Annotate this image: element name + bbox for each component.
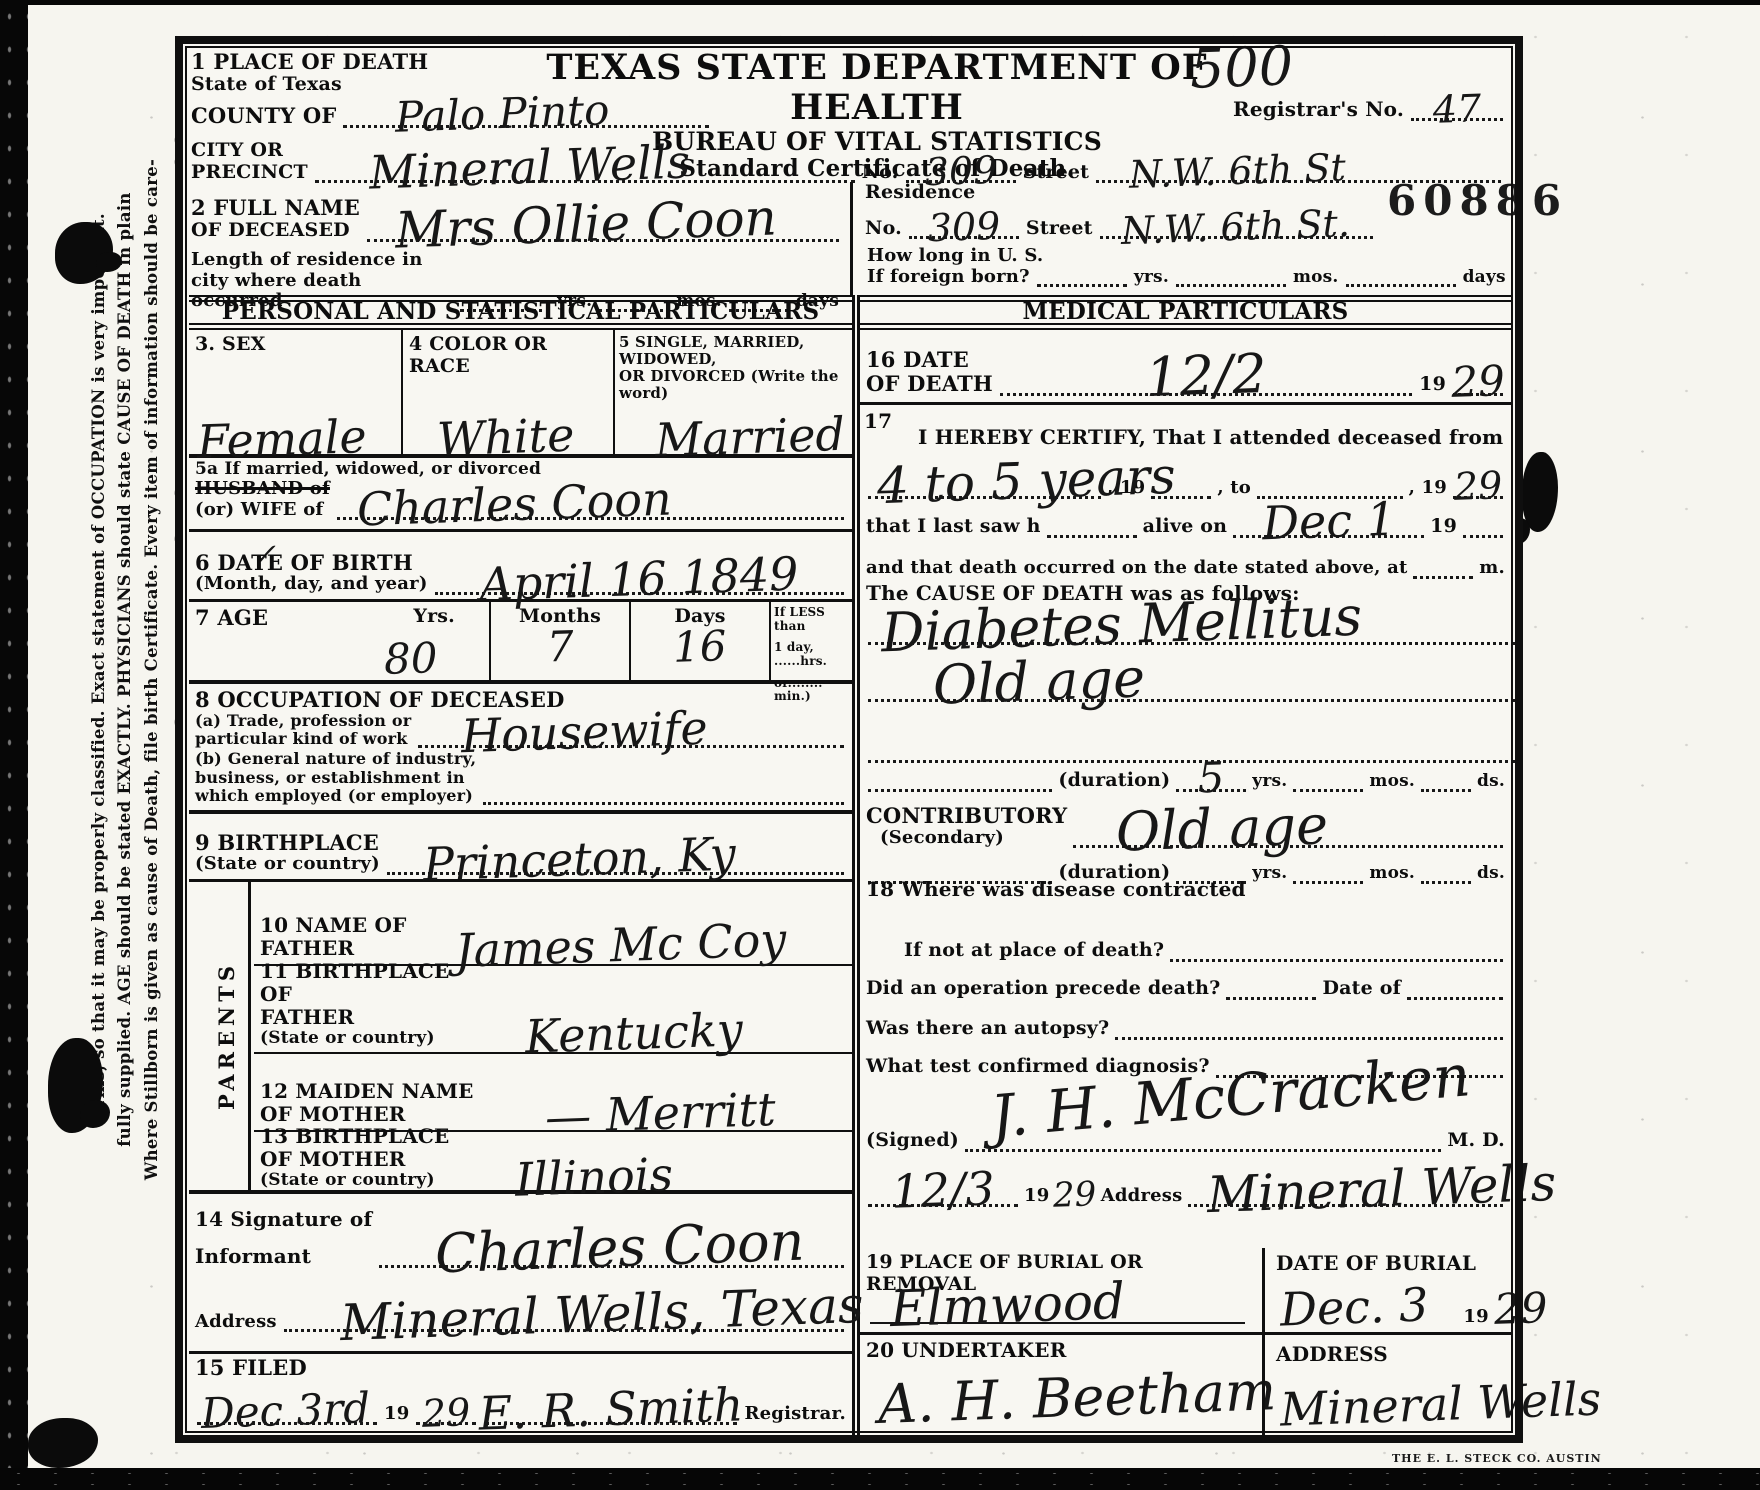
parents-rows: 10 NAME OF FATHER James Mc Coy 11 BIRTHP… (254, 882, 852, 1190)
date-of-death-row: 16 DATE OF DEATH 12/2 19 29 (860, 330, 1511, 405)
city-precinct-row: CITY OR PRECINCT Mineral Wells No. 309 S… (191, 140, 1503, 183)
operation-date-of-label: Date of (1322, 978, 1401, 1000)
mother-bp-label-1: 13 BIRTHPLACE (260, 1125, 480, 1148)
occupation-b-label-3: which employed (or employer) (195, 787, 476, 805)
header-column-divider (850, 182, 853, 295)
attended-from-row: 4 to 5 years , 19 , to , 19 29 (866, 478, 1505, 499)
contributory-label-2: (Secondary) (880, 828, 1067, 849)
contributory-label-1: CONTRIBUTORY (866, 804, 1067, 828)
dob-label-2: (Month, day, and year) (195, 574, 428, 595)
husband-of-label: HUSBAND of (195, 479, 330, 500)
age-label: 7 AGE (195, 606, 268, 630)
place-of-burial-value: Elmwood (889, 1279, 1125, 1332)
length-residence-label-1: Length of residence in (191, 250, 839, 271)
signed-year-value: 29 (1053, 1179, 1097, 1211)
undertaker-label: 20 UNDERTAKER (866, 1339, 1067, 1362)
undertaker-value: A. H. Beetham (877, 1367, 1277, 1429)
cause-line-2: Old age (868, 699, 1515, 702)
mother-maiden-value: — Merritt (544, 1089, 776, 1138)
medical-band-title: MEDICAL PARTICULARS (1023, 299, 1349, 325)
marital-label-1: 5 SINGLE, MARRIED, WIDOWED, (615, 330, 852, 368)
personal-band: PERSONAL AND STATISTICAL PARTICULARS (189, 295, 852, 330)
scan-edge-bottom (0, 1468, 1760, 1490)
parents-block: PARENTS 10 NAME OF FATHER James Mc Coy 1… (189, 882, 852, 1194)
father-bp-value: Kentucky (524, 1009, 743, 1058)
if-foreign-born-label: If foreign born? (867, 267, 1030, 288)
margin-line-fully: fully supplied. AGE should be stated EXA… (112, 67, 138, 1272)
item-17-number: 17 (864, 410, 892, 433)
signed-19-label: 19 (1024, 1186, 1049, 1207)
marital-label-2: OR DIVORCED (Write the word) (615, 368, 852, 402)
dod-year-value: 29 (1451, 362, 1506, 402)
printer-imprint: THE E. L. STECK CO. AUSTIN (1392, 1452, 1602, 1465)
last-saw-label-2: alive on (1143, 516, 1228, 538)
certify-statement: I HEREBY CERTIFY, That I attended deceas… (918, 426, 1503, 449)
certificate-form: 1 PLACE OF DEATH State of Texas COUNTY O… (175, 36, 1523, 1443)
mother-bp-label-3: (State or country) (260, 1171, 480, 1190)
spouse-value: Charles Coon (357, 479, 673, 531)
father-name-label-1: 10 NAME OF (260, 914, 450, 937)
residence-street-value: N.W. 6th St. (1121, 206, 1351, 248)
mother-maiden-row: 12 MAIDEN NAME OF MOTHER — Merritt (254, 1054, 852, 1132)
full-name-label-1: 2 FULL NAME (191, 196, 360, 220)
deceased-name-value: Mrs Ollie Coon (395, 195, 778, 253)
date-of-death-value: 12/2 (1145, 350, 1268, 403)
city-value: Mineral Wells (368, 141, 690, 194)
father-birthplace-row: 11 BIRTHPLACE OF FATHER (State or countr… (254, 966, 852, 1054)
age-months-value: 7 (546, 627, 574, 666)
if-less-label-1: If LESS than (774, 606, 849, 633)
registrar-no-value: 47 (1432, 91, 1482, 127)
occupation-a-label-2: particular kind of work (195, 730, 411, 748)
operation-row: Did an operation precede death? Date of (866, 978, 1505, 1000)
occupation-row: 8 OCCUPATION OF DECEASED (a) Trade, prof… (189, 684, 852, 814)
burial-row: 19 PLACE OF BURIAL OR REMOVAL Elmwood DA… (860, 1248, 1511, 1335)
residence-block: Residence No. 309 Street N.W. 6th St. (865, 182, 1375, 239)
duration-yrs-label: yrs. (1252, 772, 1287, 791)
dob-value: April 16 1849 (479, 553, 799, 605)
date-of-birth-row: 6 DATE OF BIRTH (Month, day, and year) A… (189, 532, 852, 602)
informant-address-value: Mineral Wells, Texas (339, 1283, 864, 1346)
undertaker-address-value: Mineral Wells (1279, 1378, 1601, 1431)
full-name-row: 2 FULL NAME OF DECEASED Mrs Ollie Coon (191, 196, 841, 242)
medical-band: MEDICAL PARTICULARS (860, 295, 1511, 330)
cause-of-death-value-2: Old age (932, 655, 1146, 711)
scanned-death-certificate: { "common": { "y19": "19" }, "margin": {… (0, 0, 1760, 1490)
duration-ds-label: ds. (1477, 772, 1505, 791)
registrar-word-label: Registrar. (744, 1404, 846, 1425)
father-name-label-2: FATHER (260, 937, 450, 960)
father-bp-label-2: FATHER (260, 1006, 480, 1029)
street-label: Street (1023, 162, 1090, 184)
mother-bp-label-2: OF MOTHER (260, 1148, 480, 1171)
occupation-value: Housewife (460, 708, 708, 758)
county-label: COUNTY OF (191, 104, 336, 128)
dod-label-1: 16 DATE (866, 348, 993, 372)
birthplace-label-2: (State or country) (195, 854, 380, 875)
signed-date-address-row: 12/3 19 29 Address Mineral Wells (866, 1180, 1505, 1207)
full-name-label-2: OF DECEASED (191, 220, 360, 242)
residence-no-label: No. (865, 218, 902, 240)
duration-label: (duration) (1058, 770, 1170, 792)
father-bp-label-3: (State or country) (260, 1029, 480, 1048)
date-of-burial-label: DATE OF BURIAL (1276, 1251, 1476, 1275)
medical-particulars-column: 16 DATE OF DEATH 12/2 19 29 17 I HEREBY … (860, 330, 1511, 1435)
filed-date-value: Dec 3rd (200, 1389, 370, 1433)
filed-year-prefix: 19 (384, 1404, 409, 1425)
attended-to-label: , to (1217, 478, 1251, 499)
informant-value: Charles Coon (434, 1218, 805, 1279)
last-saw-label-1: that I last saw h (866, 516, 1041, 538)
dod-year-prefix: 19 (1419, 374, 1446, 396)
last-saw-alive-row: that I last saw h alive on Dec 1 19 (866, 516, 1505, 538)
duration-years-value: 5 (1197, 758, 1225, 797)
occupation-b-label-2: business, or establishment in (195, 769, 476, 787)
parents-label: PARENTS (215, 961, 239, 1110)
scan-edge-left (0, 0, 28, 1490)
signed-label: (Signed) (866, 1130, 959, 1152)
not-at-place-row: If not at place of death? (904, 940, 1505, 962)
attended-value: 4 to 5 years (877, 453, 1177, 508)
informant-address-label: Address (195, 1312, 277, 1333)
informant-label-2: Informant (195, 1245, 372, 1268)
father-name-row: 10 NAME OF FATHER James Mc Coy (254, 882, 852, 966)
undertaker-address-label: ADDRESS (1276, 1343, 1388, 1366)
signed-date-value: 12/3 (891, 1168, 996, 1213)
margin-line-stillborn: Where Stillborn is given as cause of Dea… (139, 67, 165, 1272)
birthplace-value: Princeton, Ky (423, 833, 737, 885)
duration-ds-label: ds. (1477, 864, 1505, 883)
duration-mos-label: mos. (1369, 864, 1415, 883)
certificate-stamp-number: 60886 (1387, 176, 1568, 225)
residence-street-label: Street (1026, 218, 1093, 240)
personal-band-title: PERSONAL AND STATISTICAL PARTICULARS (222, 299, 820, 325)
how-long-in-us-block: How long in U. S. If foreign born? yrs. … (867, 246, 1507, 287)
operation-label: Did an operation precede death? (866, 978, 1220, 1000)
mother-maiden-label-2: OF MOTHER (260, 1103, 480, 1126)
personal-particulars-column: 3. SEX Female 4 COLOR OR RACE White 5 SI… (189, 330, 852, 1435)
father-bp-label-1: 11 BIRTHPLACE OF (260, 960, 480, 1006)
mos-label: mos. (1293, 268, 1339, 287)
death-occurred-row: and that death occurred on the date stat… (866, 558, 1505, 579)
dob-label-1: 6 DATE OF BIRTH (195, 551, 428, 575)
mother-maiden-label-1: 12 MAIDEN NAME (260, 1080, 480, 1103)
burial-year-value: 29 (1493, 1289, 1548, 1329)
father-name-value: James Mc Coy (454, 919, 787, 972)
m-abbreviation-label: m. (1479, 558, 1505, 579)
residence-no-value: 309 (927, 209, 1001, 246)
contributory-row: CONTRIBUTORY (Secondary) Old age (866, 804, 1505, 848)
death-occurred-label: and that death occurred on the date stat… (866, 558, 1407, 579)
burial-year-prefix: 19 (1463, 1307, 1488, 1328)
burial-date-value: Dec. 3 (1279, 1284, 1429, 1331)
city-label-1: CITY OR (191, 140, 308, 162)
color-race-value: White (436, 414, 575, 460)
yrs-label: yrs. (1134, 268, 1169, 287)
filed-year-value: 29 (422, 1395, 472, 1431)
last-saw-year-prefix: 19 (1430, 516, 1457, 538)
burial-cell-divider (1262, 1248, 1265, 1435)
how-long-us-label: How long in U. S. (867, 246, 1507, 267)
filed-label: 15 FILED (195, 1356, 307, 1380)
parents-strip: PARENTS (205, 882, 251, 1190)
residence-label: Residence (865, 182, 1375, 204)
spouse-row: 5a If married, widowed, or divorced HUSB… (189, 458, 852, 532)
filed-row: 15 FILED Dec 3rd 19 29 E. R. Smith Regis… (189, 1354, 852, 1435)
registrar-no-label: Registrar's No. (1233, 98, 1404, 121)
cause-line-1: Diabetes Mellitus (868, 642, 1515, 645)
wife-of-label: (or) WIFE of (195, 500, 330, 521)
md-label: M. D. (1447, 1130, 1505, 1152)
signed-row: (Signed) M. D. (866, 1130, 1505, 1152)
informant-row: 14 Signature of Informant Charles Coon A… (189, 1194, 852, 1354)
occupation-b-label-1: (b) General nature of industry, (195, 750, 476, 768)
birthplace-label-1: 9 BIRTHPLACE (195, 831, 380, 855)
place-of-burial-label-1: 19 PLACE OF BURIAL OR (866, 1252, 1256, 1274)
age-days-value: 16 (673, 627, 728, 667)
duration-mos-label: mos. (1369, 772, 1415, 791)
occupation-a-label-1: (a) Trade, profession or (195, 712, 411, 730)
days-label: days (1463, 268, 1506, 287)
attended-year-value: 29 (1453, 468, 1503, 504)
dod-label-2: OF DEATH (866, 372, 993, 396)
color-race-label: 4 COLOR OR RACE (403, 330, 613, 381)
question-18-label: 18 Where was disease contracted (866, 878, 1246, 901)
ink-number: 500 (1189, 42, 1294, 94)
age-yrs-value: 80 (383, 639, 438, 679)
informant-label-1: 14 Signature of (195, 1208, 372, 1231)
if-less-label-2: 1 day, ......hrs. (774, 641, 849, 668)
main-column-divider (852, 295, 860, 1435)
autopsy-row: Was there an autopsy? (866, 1018, 1505, 1040)
marital-value: Married (654, 413, 845, 461)
duration-primary-row: (duration) 5 yrs. mos. ds. (866, 770, 1505, 792)
contributory-value: Old age (1115, 801, 1329, 857)
sex-race-marital-row: 3. SEX Female 4 COLOR OR RACE White 5 SI… (189, 330, 852, 458)
last-saw-date-value: Dec 1 (1261, 499, 1396, 545)
undertaker-row: 20 UNDERTAKER A. H. Beetham ADDRESS Mine… (860, 1335, 1511, 1435)
signed-address-label: Address (1101, 1186, 1183, 1207)
sex-label: 3. SEX (189, 330, 401, 360)
age-row: 7 AGE Yrs. 80 Months 7 Days 16 If LESS t… (189, 602, 852, 684)
form-title: TEXAS STATE DEPARTMENT OF HEALTH (537, 48, 1217, 128)
birthplace-row: 9 BIRTHPLACE (State or country) Princeto… (189, 814, 852, 882)
signed-address-value: Mineral Wells (1207, 1161, 1557, 1218)
attended-19b-label: , 19 (1409, 478, 1447, 499)
cause-line-3 (868, 760, 1515, 763)
not-at-place-label: If not at place of death? (904, 940, 1164, 962)
autopsy-label: Was there an autopsy? (866, 1018, 1109, 1040)
registrar-no-row: Registrar's No. 47 (1233, 98, 1505, 121)
age-yrs-label: Yrs. (413, 606, 455, 628)
filed-registrar-signature: E. R. Smith (478, 1384, 744, 1435)
city-label-2: PRECINCT (191, 162, 308, 184)
duration-yrs-label: yrs. (1252, 864, 1287, 883)
sex-value: Female (196, 416, 367, 463)
